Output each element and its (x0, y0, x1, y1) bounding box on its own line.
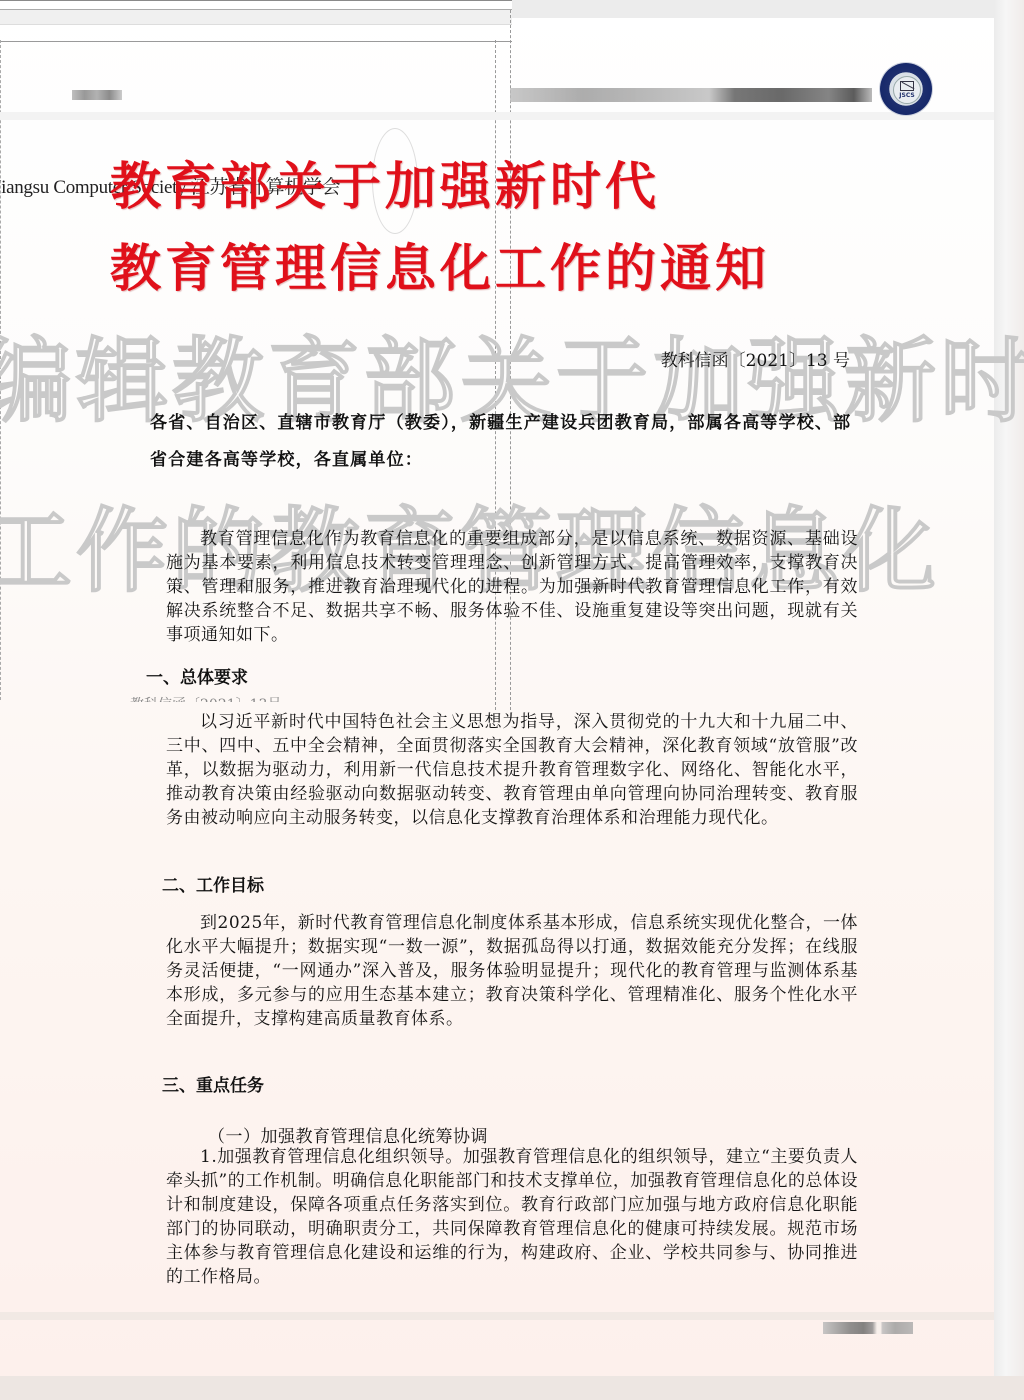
section-body-1: 以习近平新时代中国特色社会主义思想为指导，深入贯彻党的十九大和十九届二中、三中、… (166, 710, 858, 830)
footer-rule (0, 1312, 994, 1320)
document-number: 教科信函〔2021〕13 号 (661, 346, 850, 371)
header-rule (0, 112, 994, 120)
page-number: 计算机与教育 15 (823, 1337, 831, 1338)
section-heading-2: 二、工作目标 (162, 871, 264, 896)
running-head-right-text: Jiangsu Computer Society 江苏省计算机学会 (510, 103, 532, 104)
section-heading-3: 三、重点任务 (162, 1071, 264, 1096)
addressee: 各省、自治区、直辖市教育厅（教委），新疆生产建设兵团教育局，部属各高等学校、部省… (150, 405, 860, 479)
subsection-heading: （一）加强教育管理信息化统筹协调 (208, 1122, 488, 1147)
society-logo-icon: JSCS (880, 63, 932, 115)
ghost-doc-number: 教科信函〔2021〕13号 (130, 694, 281, 702)
document-title-line-1: 教育部关于加强新时代 (110, 158, 660, 218)
section-heading-1: 一、总体要求 (146, 663, 248, 688)
scan-frame-inner (0, 9, 512, 25)
document-title-line-2: 教育管理信息化工作的通知 (110, 240, 770, 300)
running-head-right: Jiangsu Computer Society 江苏省计算机学会 (510, 88, 872, 102)
section-body-3: 1.加强教育管理信息化组织领导。加强教育管理信息化的组织领导，建立“主要负责人牵… (166, 1145, 858, 1289)
running-head-left: 江苏省计算机学会 (72, 90, 122, 100)
scan-border-top (512, 0, 1024, 18)
section-body-2: 到2025年，新时代教育管理信息化制度体系基本形成，信息系统实现优化整合，一体化… (166, 911, 858, 1031)
intro-paragraph: 教育管理信息化作为教育信息化的重要组成部分，是以信息系统、数据资源、基础设施为基… (166, 527, 858, 647)
running-head-left-text: 江苏省计算机学会 (72, 105, 80, 106)
monitor-icon (900, 81, 914, 91)
page-footer: 计算机与教育 15 (823, 1322, 913, 1334)
logo-emblem: JSCS (893, 76, 921, 104)
logo-text: JSCS (899, 92, 914, 99)
scan-border-right (994, 0, 1024, 1400)
scan-border-bottom (0, 1376, 1024, 1400)
